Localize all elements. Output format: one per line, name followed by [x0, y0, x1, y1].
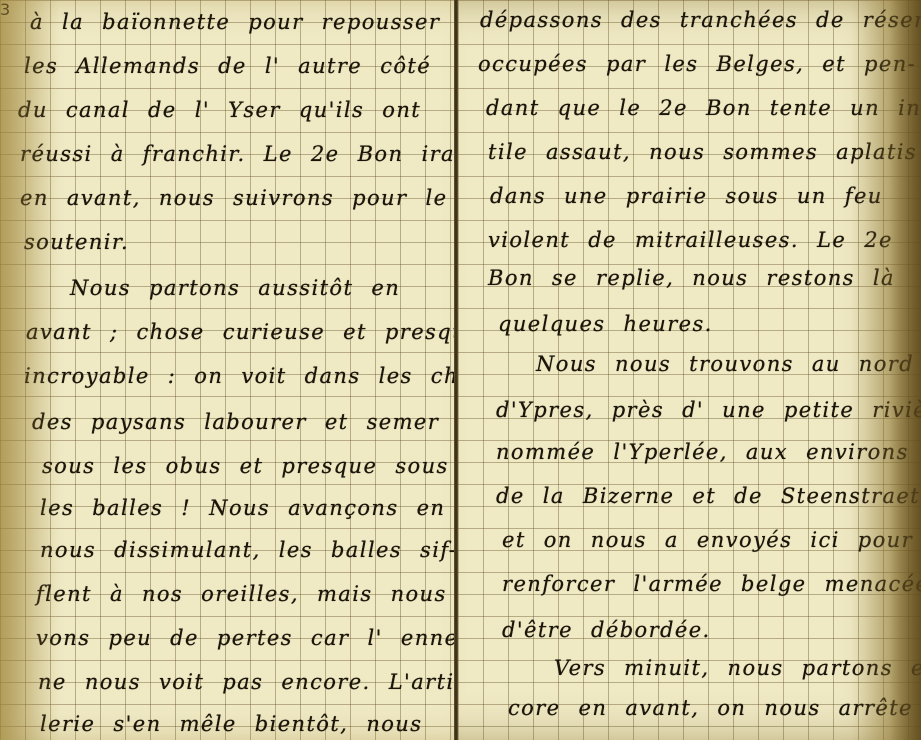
text-line: incroyable : on voit dans les champs — [24, 364, 454, 388]
text-line: d'être débordée. — [502, 618, 711, 642]
text-line: sous les obus et presque sous — [42, 454, 449, 478]
left-page: 3 à la baïonnette pour repousser les All… — [0, 0, 454, 740]
text-line: soutenir. — [24, 230, 129, 254]
text-line: les balles ! Nous avançons en — [40, 496, 445, 520]
text-line: avant ; chose curieuse et presque — [26, 320, 454, 344]
text-line: tile assaut, nous sommes aplatis — [488, 140, 917, 164]
text-line: nous dissimulant, les balles sif- — [40, 538, 454, 562]
notebook-spread: 3 à la baïonnette pour repousser les All… — [0, 0, 921, 740]
text-line: violent de mitrailleuses. Le 2e — [488, 228, 893, 252]
text-line: Nous nous trouvons au nord — [536, 352, 914, 376]
text-line: Bon se replie, nous restons là — [488, 266, 895, 290]
text-line: dépassons des tranchées de réserve — [480, 8, 921, 32]
page-number: 3 — [0, 0, 10, 19]
text-line: dans une prairie sous un feu — [490, 184, 883, 208]
text-line: nommée l'Yperlée, aux environs — [496, 440, 909, 464]
text-line: vons peu de pertes car l' ennemi — [36, 626, 454, 650]
text-line: en avant, nous suivrons pour le — [20, 186, 447, 210]
text-line: du canal de l' Yser qu'ils ont — [18, 98, 421, 122]
text-line: flent à nos oreilles, mais nous a- — [36, 582, 454, 606]
text-line: les Allemands de l' autre côté — [24, 54, 431, 78]
text-line: ne nous voit pas encore. L'artil- — [38, 670, 454, 694]
text-line: lerie s'en mêle bientôt, nous — [40, 712, 422, 736]
right-page: dépassons des tranchées de réserve occup… — [458, 0, 921, 740]
text-line: réussi à franchir. Le 2e Bon ira — [20, 142, 454, 166]
text-line: et on nous a envoyés ici pour — [502, 528, 913, 552]
text-line: core en avant, on nous arrête — [508, 696, 913, 720]
text-line: d'Ypres, près d' une petite rivière — [496, 398, 921, 422]
text-line: occupées par les Belges, et pen- — [478, 52, 916, 76]
text-line: Nous partons aussitôt en — [70, 276, 400, 300]
text-line: à la baïonnette pour repousser — [30, 10, 440, 34]
text-line: des paysans labourer et semer — [32, 410, 439, 434]
text-line: dant que le 2e Bon tente un inu- — [486, 96, 921, 120]
text-line: renforcer l'armée belge menacée — [502, 572, 921, 596]
text-line: de la Bizerne et de Steenstraete, — [496, 484, 921, 508]
text-line: Vers minuit, nous partons en- — [554, 656, 921, 680]
text-line: quelques heures. — [498, 312, 713, 336]
